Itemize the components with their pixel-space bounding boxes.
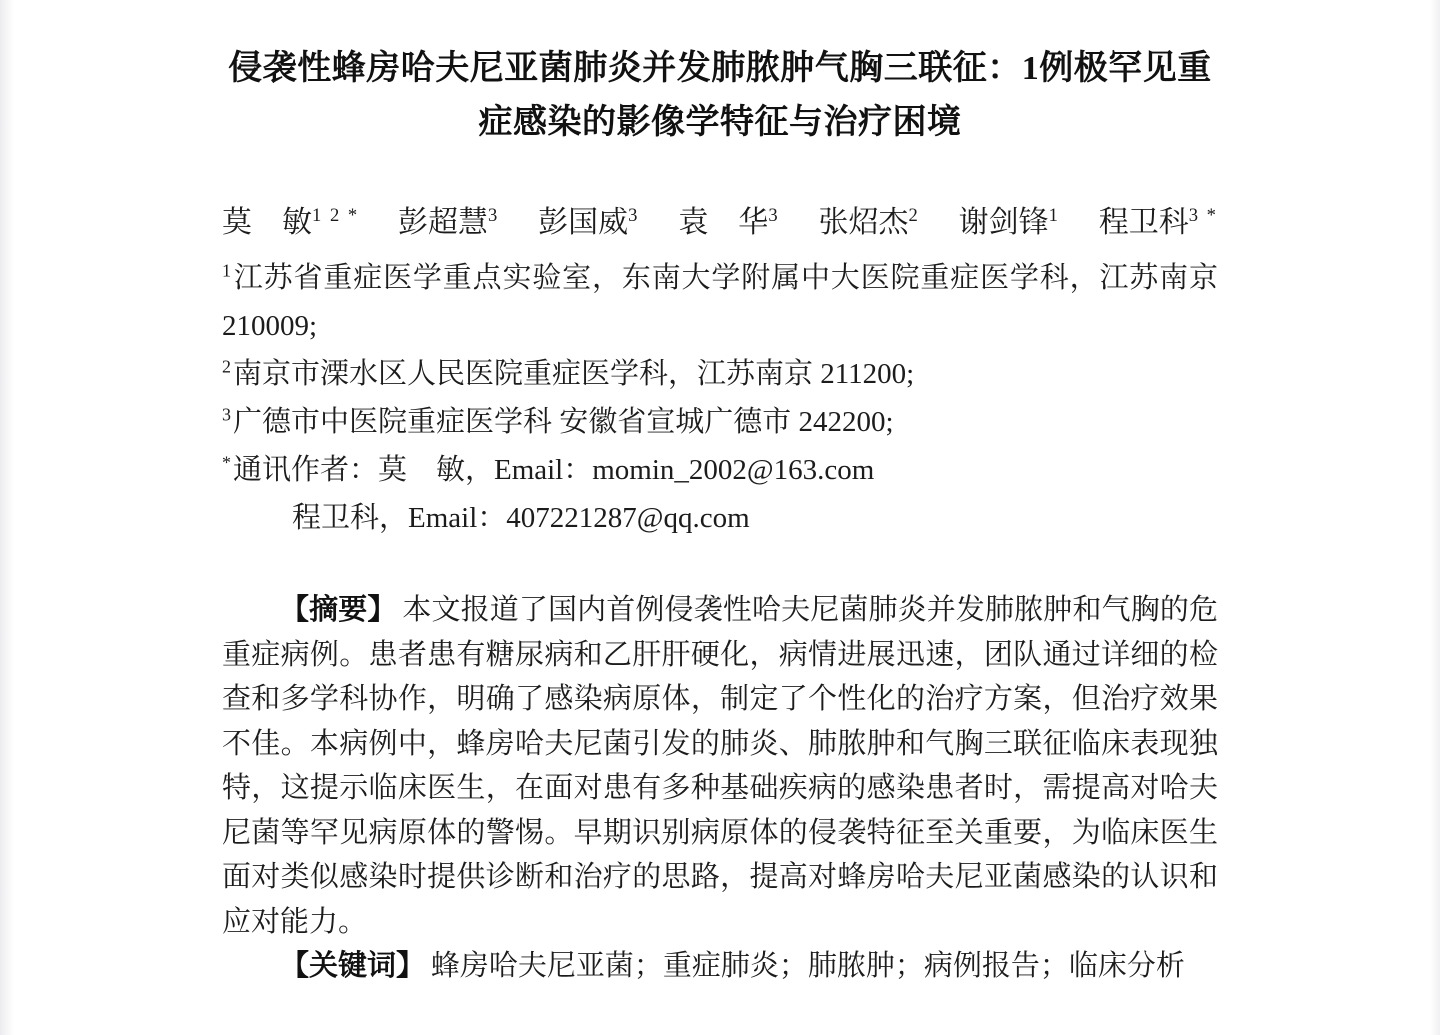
author-1-superscript: 1 2 *	[312, 205, 359, 226]
paper-title: 侵袭性蜂房哈夫尼亚菌肺炎并发肺脓肿气胸三联征：1例极罕见重 症感染的影像学特征与…	[222, 42, 1218, 150]
correspondence-line-2: 程卫科，Email：407221287@qq.com	[292, 494, 1218, 542]
abstract-section: 【摘要】本文报道了国内首例侵袭性哈夫尼菌肺炎并发肺脓肿和气胸的危重症病例。患者患…	[222, 588, 1218, 989]
author-4: 袁 华3	[678, 200, 779, 246]
correspondence-marker: *	[222, 452, 233, 472]
author-6: 谢剑锋1	[959, 200, 1060, 246]
keywords-label: 【关键词】	[280, 950, 425, 982]
abstract-paragraph: 【摘要】本文报道了国内首例侵袭性哈夫尼菌肺炎并发肺脓肿和气胸的危重症病例。患者患…	[222, 588, 1218, 944]
author-5-name: 张炤杰	[818, 206, 908, 239]
abstract-label: 【摘要】	[280, 594, 397, 626]
author-1: 莫 敏1 2 *	[222, 200, 359, 246]
paper-title-line1: 侵袭性蜂房哈夫尼亚菌肺炎并发肺脓肿气胸三联征：1例极罕见重	[222, 42, 1218, 96]
keywords-paragraph: 【关键词】蜂房哈夫尼亚菌；重症肺炎；肺脓肿；病例报告；临床分析	[222, 944, 1218, 989]
affiliation-2: 2南京市溧水区人民医院重症医学科，江苏南京 211200;	[222, 350, 1218, 398]
author-4-name: 袁 华	[678, 206, 768, 239]
author-4-superscript: 3	[768, 205, 779, 226]
affiliation-3: 3广德市中医院重症医学科 安徽省宣城广德市 242200;	[222, 398, 1218, 446]
affiliation-3-text: 广德市中医院重症医学科 安徽省宣城广德市 242200;	[233, 406, 894, 438]
correspondence-text-1: 通讯作者：莫 敏，Email：momin_2002@163.com	[233, 454, 874, 486]
correspondence-line-1: *通讯作者：莫 敏，Email：momin_2002@163.com	[222, 446, 1218, 494]
author-6-name: 谢剑锋	[959, 206, 1049, 239]
author-3: 彭国威3	[538, 200, 639, 246]
author-3-superscript: 3	[628, 205, 639, 226]
author-1-name: 莫 敏	[222, 206, 312, 239]
affiliation-1-text: 江苏省重症医学重点实验室，东南大学附属中大医院重症医学科，江苏南京 210009…	[222, 262, 1218, 342]
affiliation-2-text: 南京市溧水区人民医院重症医学科，江苏南京 211200;	[233, 358, 914, 390]
keywords-text: 蜂房哈夫尼亚菌；重症肺炎；肺脓肿；病例报告；临床分析	[431, 950, 1185, 982]
page-scan-edge-left	[0, 0, 14, 1035]
author-6-superscript: 1	[1049, 205, 1060, 226]
author-2-name: 彭超慧	[398, 206, 488, 239]
manuscript-page: 侵袭性蜂房哈夫尼亚菌肺炎并发肺脓肿气胸三联征：1例极罕见重 症感染的影像学特征与…	[0, 0, 1440, 1035]
manuscript-content: 侵袭性蜂房哈夫尼亚菌肺炎并发肺脓肿气胸三联征：1例极罕见重 症感染的影像学特征与…	[222, 0, 1218, 989]
affiliation-1: 1江苏省重症医学重点实验室，东南大学附属中大医院重症医学科，江苏南京 21000…	[222, 254, 1218, 350]
page-scan-edge-right	[1430, 0, 1440, 1035]
author-7-name: 程卫科	[1099, 206, 1189, 239]
author-line: 莫 敏1 2 * 彭超慧3 彭国威3 袁 华3 张炤杰2 谢剑锋1 程卫科3 *	[222, 200, 1218, 246]
affiliations: 1江苏省重症医学重点实验室，东南大学附属中大医院重症医学科，江苏南京 21000…	[222, 254, 1218, 542]
affiliation-2-marker: 2	[222, 356, 233, 376]
author-5: 张炤杰2	[818, 200, 919, 246]
author-2-superscript: 3	[488, 205, 499, 226]
paper-title-line2: 症感染的影像学特征与治疗困境	[222, 96, 1218, 150]
author-3-name: 彭国威	[538, 206, 628, 239]
author-2: 彭超慧3	[398, 200, 499, 246]
abstract-text: 本文报道了国内首例侵袭性哈夫尼菌肺炎并发肺脓肿和气胸的危重症病例。患者患有糖尿病…	[222, 594, 1218, 938]
correspondence-text-2: 程卫科，Email：407221287@qq.com	[292, 502, 750, 534]
author-7: 程卫科3 *	[1099, 200, 1218, 246]
affiliation-3-marker: 3	[222, 404, 233, 424]
author-5-superscript: 2	[908, 205, 919, 226]
affiliation-1-marker: 1	[222, 260, 233, 280]
author-7-superscript: 3 *	[1189, 205, 1218, 226]
